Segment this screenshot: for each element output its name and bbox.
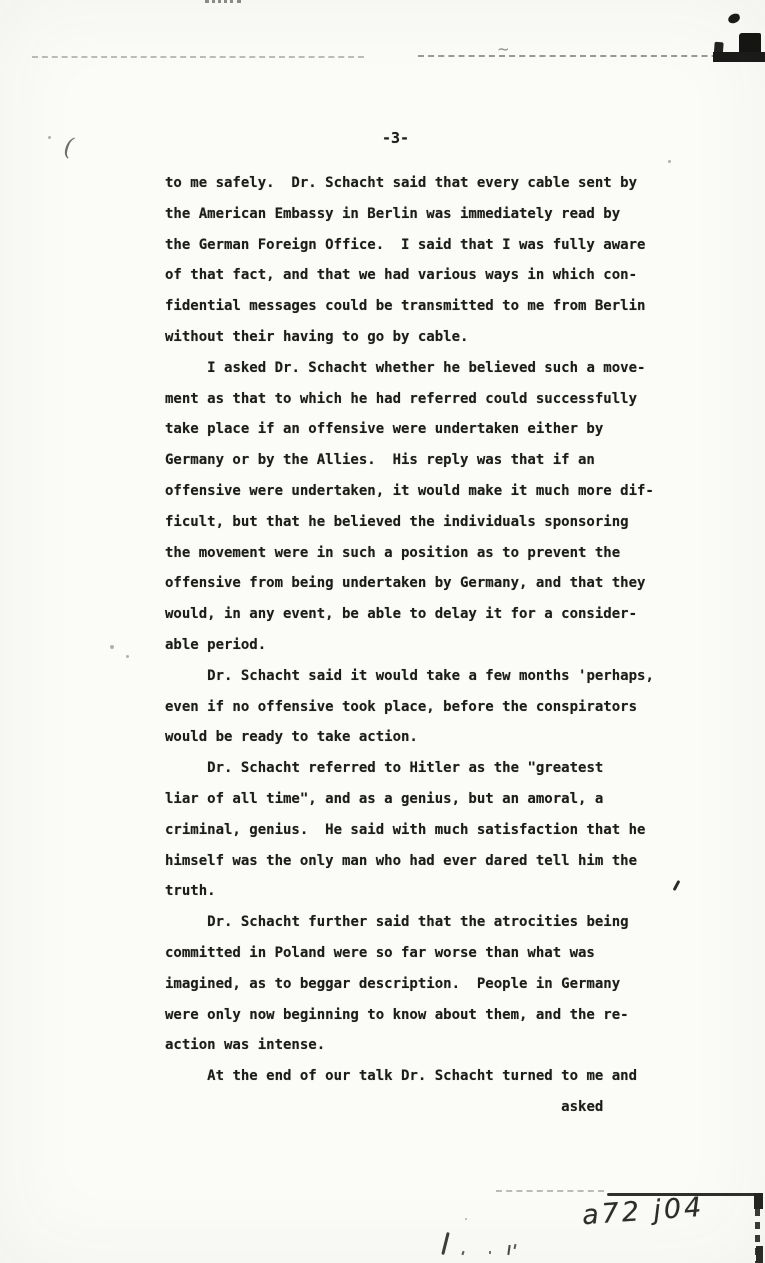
scan-speck bbox=[48, 136, 51, 139]
paragraph-6: At the end of our talk Dr. Schacht turne… bbox=[165, 1061, 677, 1123]
scan-speck bbox=[110, 645, 114, 649]
page-number: -3- bbox=[382, 129, 409, 147]
ink-mark-base bbox=[713, 52, 765, 62]
pen-dot-mark bbox=[461, 1251, 464, 1255]
handwritten-code: a72 j04 bbox=[581, 1192, 705, 1231]
frame-corner bbox=[754, 1193, 763, 1209]
scan-speck bbox=[668, 160, 671, 163]
frame-line-faint bbox=[496, 1190, 604, 1192]
paragraph-1: to me safely. Dr. Schacht said that ever… bbox=[165, 168, 677, 353]
pen-small-stroke bbox=[507, 1245, 510, 1255]
pen-dot-mark bbox=[489, 1251, 491, 1254]
scan-speck bbox=[126, 655, 129, 658]
margin-paren-mark: ( bbox=[62, 133, 75, 162]
pen-small-stroke bbox=[514, 1244, 517, 1249]
pen-stroke-mark bbox=[441, 1232, 449, 1255]
scan-top-edge-dots bbox=[205, 0, 241, 3]
paragraph-3: Dr. Schacht said it would take a few mon… bbox=[165, 661, 677, 753]
scan-fold-line-left bbox=[32, 56, 364, 58]
paragraph-5: Dr. Schacht further said that the atroci… bbox=[165, 907, 677, 1061]
scanned-document-page: ~ ( -3- to me safely. Dr. Schacht said t… bbox=[0, 0, 765, 1263]
scan-speck bbox=[465, 1218, 467, 1220]
scan-fold-tilde-mark: ~ bbox=[497, 40, 510, 58]
paragraph-2: I asked Dr. Schacht whether he believed … bbox=[165, 353, 677, 661]
paragraph-4: Dr. Schacht referred to Hitler as the "g… bbox=[165, 753, 677, 907]
frame-edge-blob bbox=[756, 1246, 763, 1263]
typewritten-text: to me safely. Dr. Schacht said that ever… bbox=[165, 168, 677, 1123]
scan-fold-line-right bbox=[418, 55, 748, 57]
ink-blob-mark bbox=[727, 13, 741, 25]
